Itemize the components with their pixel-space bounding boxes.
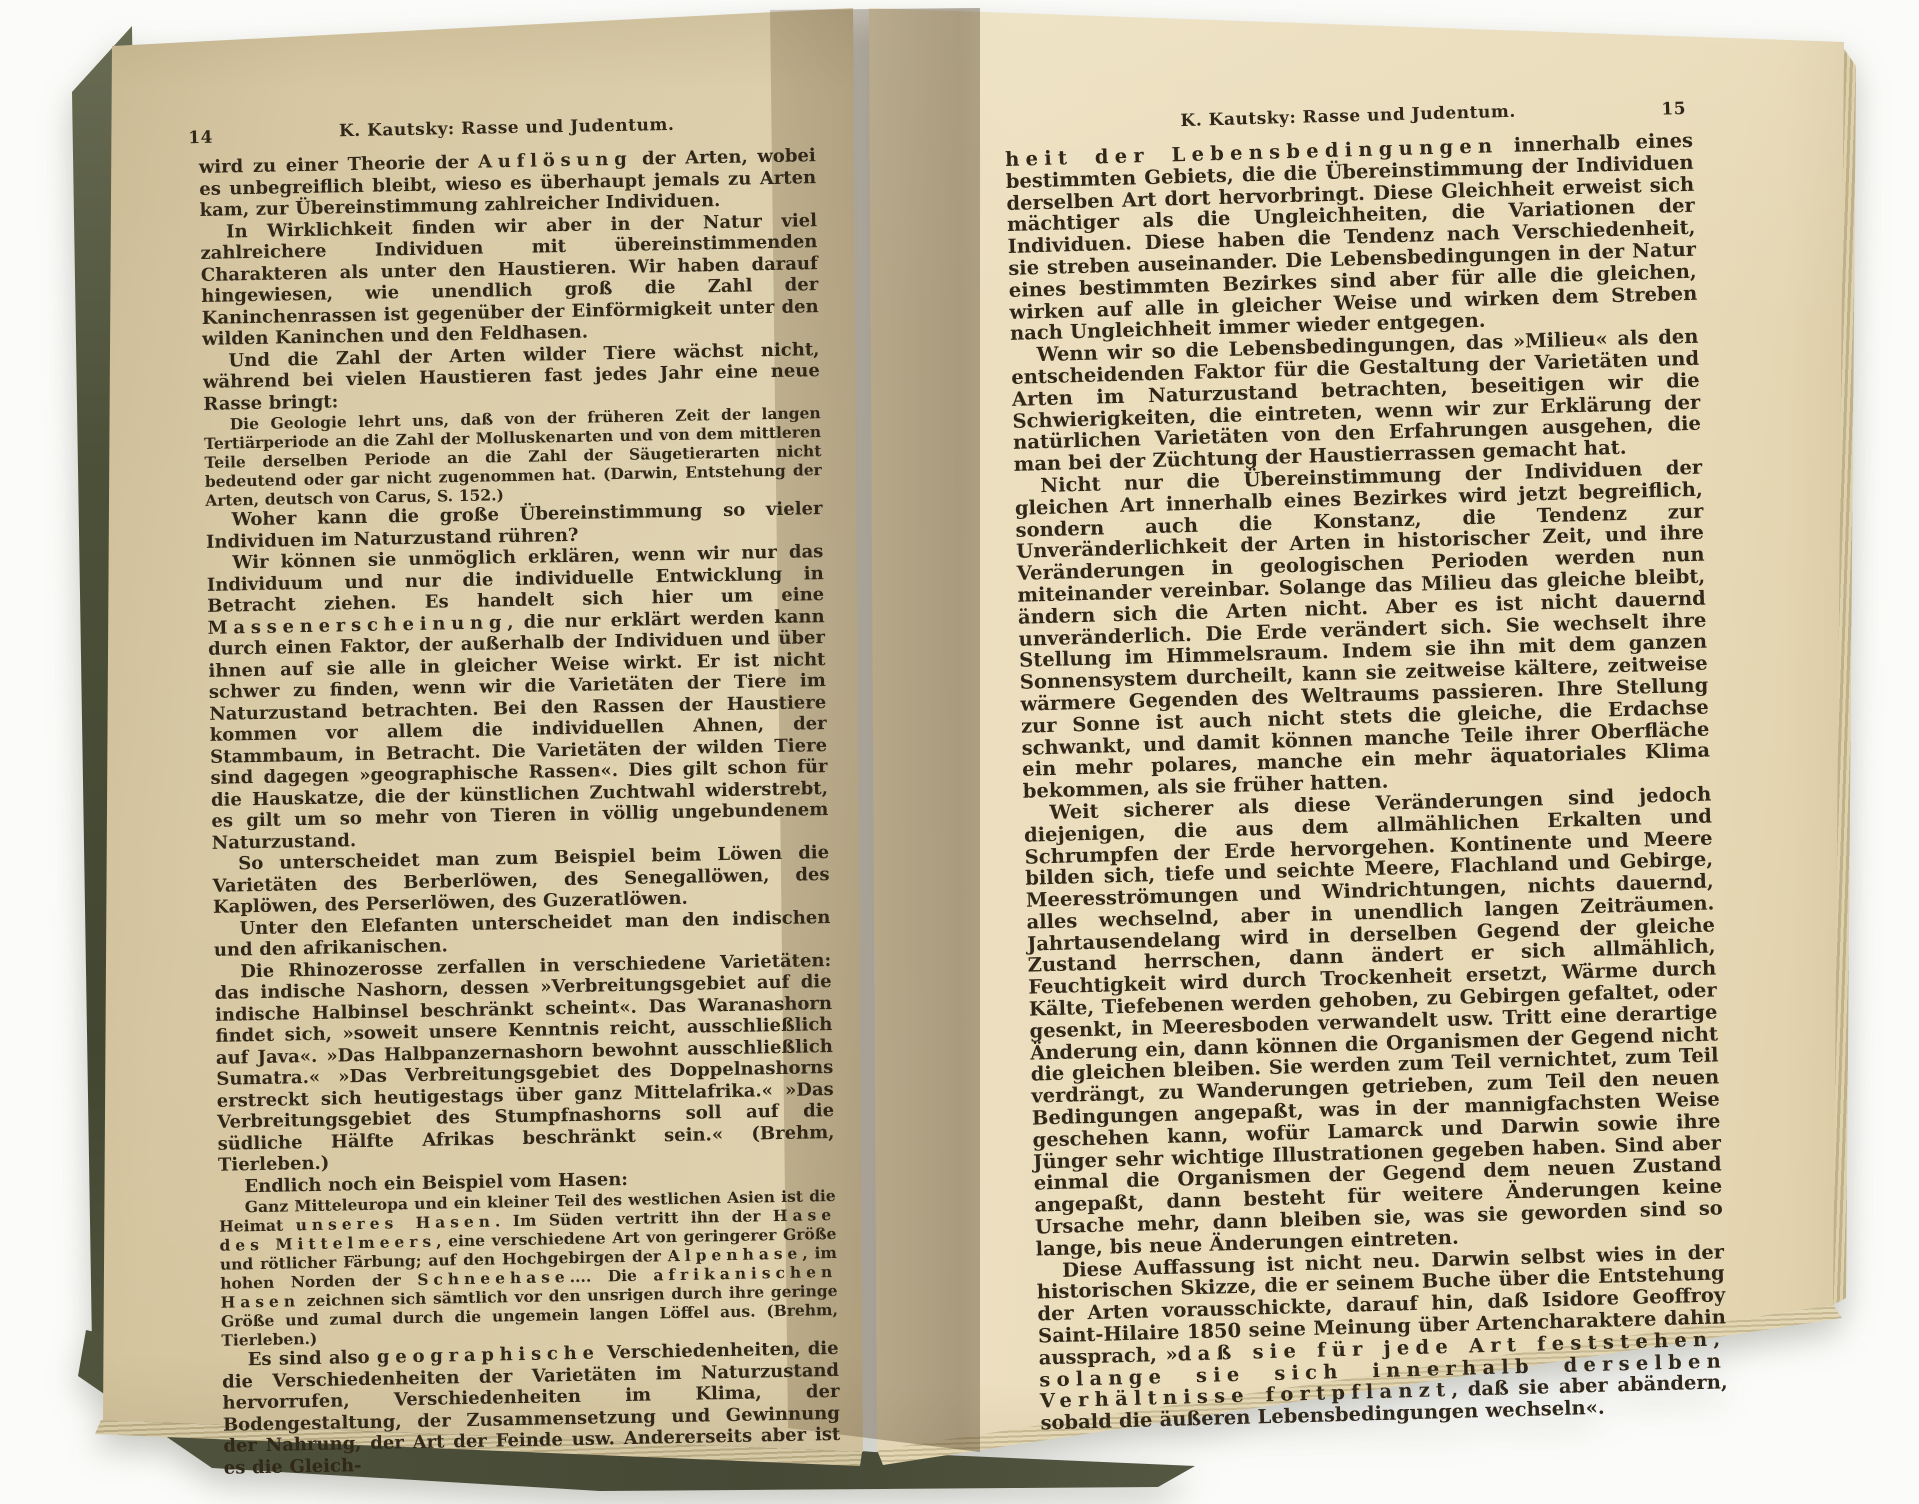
page-15-paragraphs: heit der Lebensbedingungen innerhalb ein… bbox=[1005, 130, 1729, 1435]
text-run: Und die Zahl der Arten wilder Tiere wäch… bbox=[203, 339, 820, 415]
paragraph: wird zu einer Theorie der Auflösung der … bbox=[199, 145, 817, 221]
paragraph: Diese Auffassung ist nicht neu. Darwin s… bbox=[1036, 1241, 1729, 1435]
text-run: Die Geologie lehrt uns, daß von der früh… bbox=[204, 403, 822, 510]
text-run: Weit sicherer als diese Veränderungen si… bbox=[1024, 782, 1723, 1260]
page-number-14: 14 bbox=[188, 128, 213, 148]
paragraph: Ganz Mitteleuropa und ein kleiner Teil d… bbox=[219, 1186, 839, 1350]
page-14-text: 14 K. Kautsky: Rasse und Judentum. wird … bbox=[198, 112, 841, 1479]
paragraph: Wenn wir so die Lebensbedingungen, das »… bbox=[1010, 326, 1701, 476]
paragraph: Und die Zahl der Arten wilder Tiere wäch… bbox=[202, 339, 820, 415]
text-run: .... Die bbox=[569, 1265, 653, 1286]
paragraph: In Wirklichkeit finden wir aber in der N… bbox=[200, 210, 819, 351]
paragraph: Die Geologie lehrt uns, daß von der früh… bbox=[204, 403, 823, 510]
emphasized-text-run: Auflösung bbox=[478, 149, 633, 173]
text-run: So unterscheidet man zum Beispiel beim L… bbox=[212, 842, 829, 918]
paragraph: Es sind also geographische Verschiedenhe… bbox=[222, 1338, 841, 1479]
book-photo: 14 K. Kautsky: Rasse und Judentum. wird … bbox=[0, 0, 1919, 1504]
text-run: Die Rhinozerosse zerfallen in verschiede… bbox=[214, 950, 834, 1176]
page-number-15: 15 bbox=[1661, 99, 1686, 120]
paragraph: Wir können sie unmöglich erklären, wenn … bbox=[206, 541, 829, 854]
paragraph: heit der Lebensbedingungen innerhalb ein… bbox=[1005, 130, 1698, 345]
text-run: Es sind also bbox=[248, 1347, 378, 1370]
open-book: 14 K. Kautsky: Rasse und Judentum. wird … bbox=[0, 0, 1919, 1504]
paragraph: Die Rhinozerosse zerfallen in verschiede… bbox=[214, 950, 835, 1177]
text-run: In Wirklichkeit finden wir aber in der N… bbox=[200, 210, 819, 350]
text-run: , die nur erklärt werden kann durch eine… bbox=[208, 606, 829, 854]
page-14-paragraphs: wird zu einer Theorie der Auflösung der … bbox=[199, 145, 841, 1479]
text-run: Nicht nur die Übereinstimmung der Indivi… bbox=[1015, 456, 1711, 803]
page-15-text: K. Kautsky: Rasse und Judentum. 15 heit … bbox=[1004, 97, 1729, 1435]
paragraph: Nicht nur die Übereinstimmung der Indivi… bbox=[1014, 457, 1711, 803]
emphasized-text-run: Alpenhase bbox=[668, 1244, 803, 1266]
paragraph: So unterscheidet man zum Beispiel beim L… bbox=[212, 842, 830, 918]
paragraph: Weit sicherer als diese Veränderungen si… bbox=[1023, 783, 1724, 1260]
text-run: Wenn wir so die Lebensbedingungen, das »… bbox=[1011, 325, 1701, 476]
text-run: Wir können sie unmöglich erklären, wenn … bbox=[207, 541, 825, 617]
